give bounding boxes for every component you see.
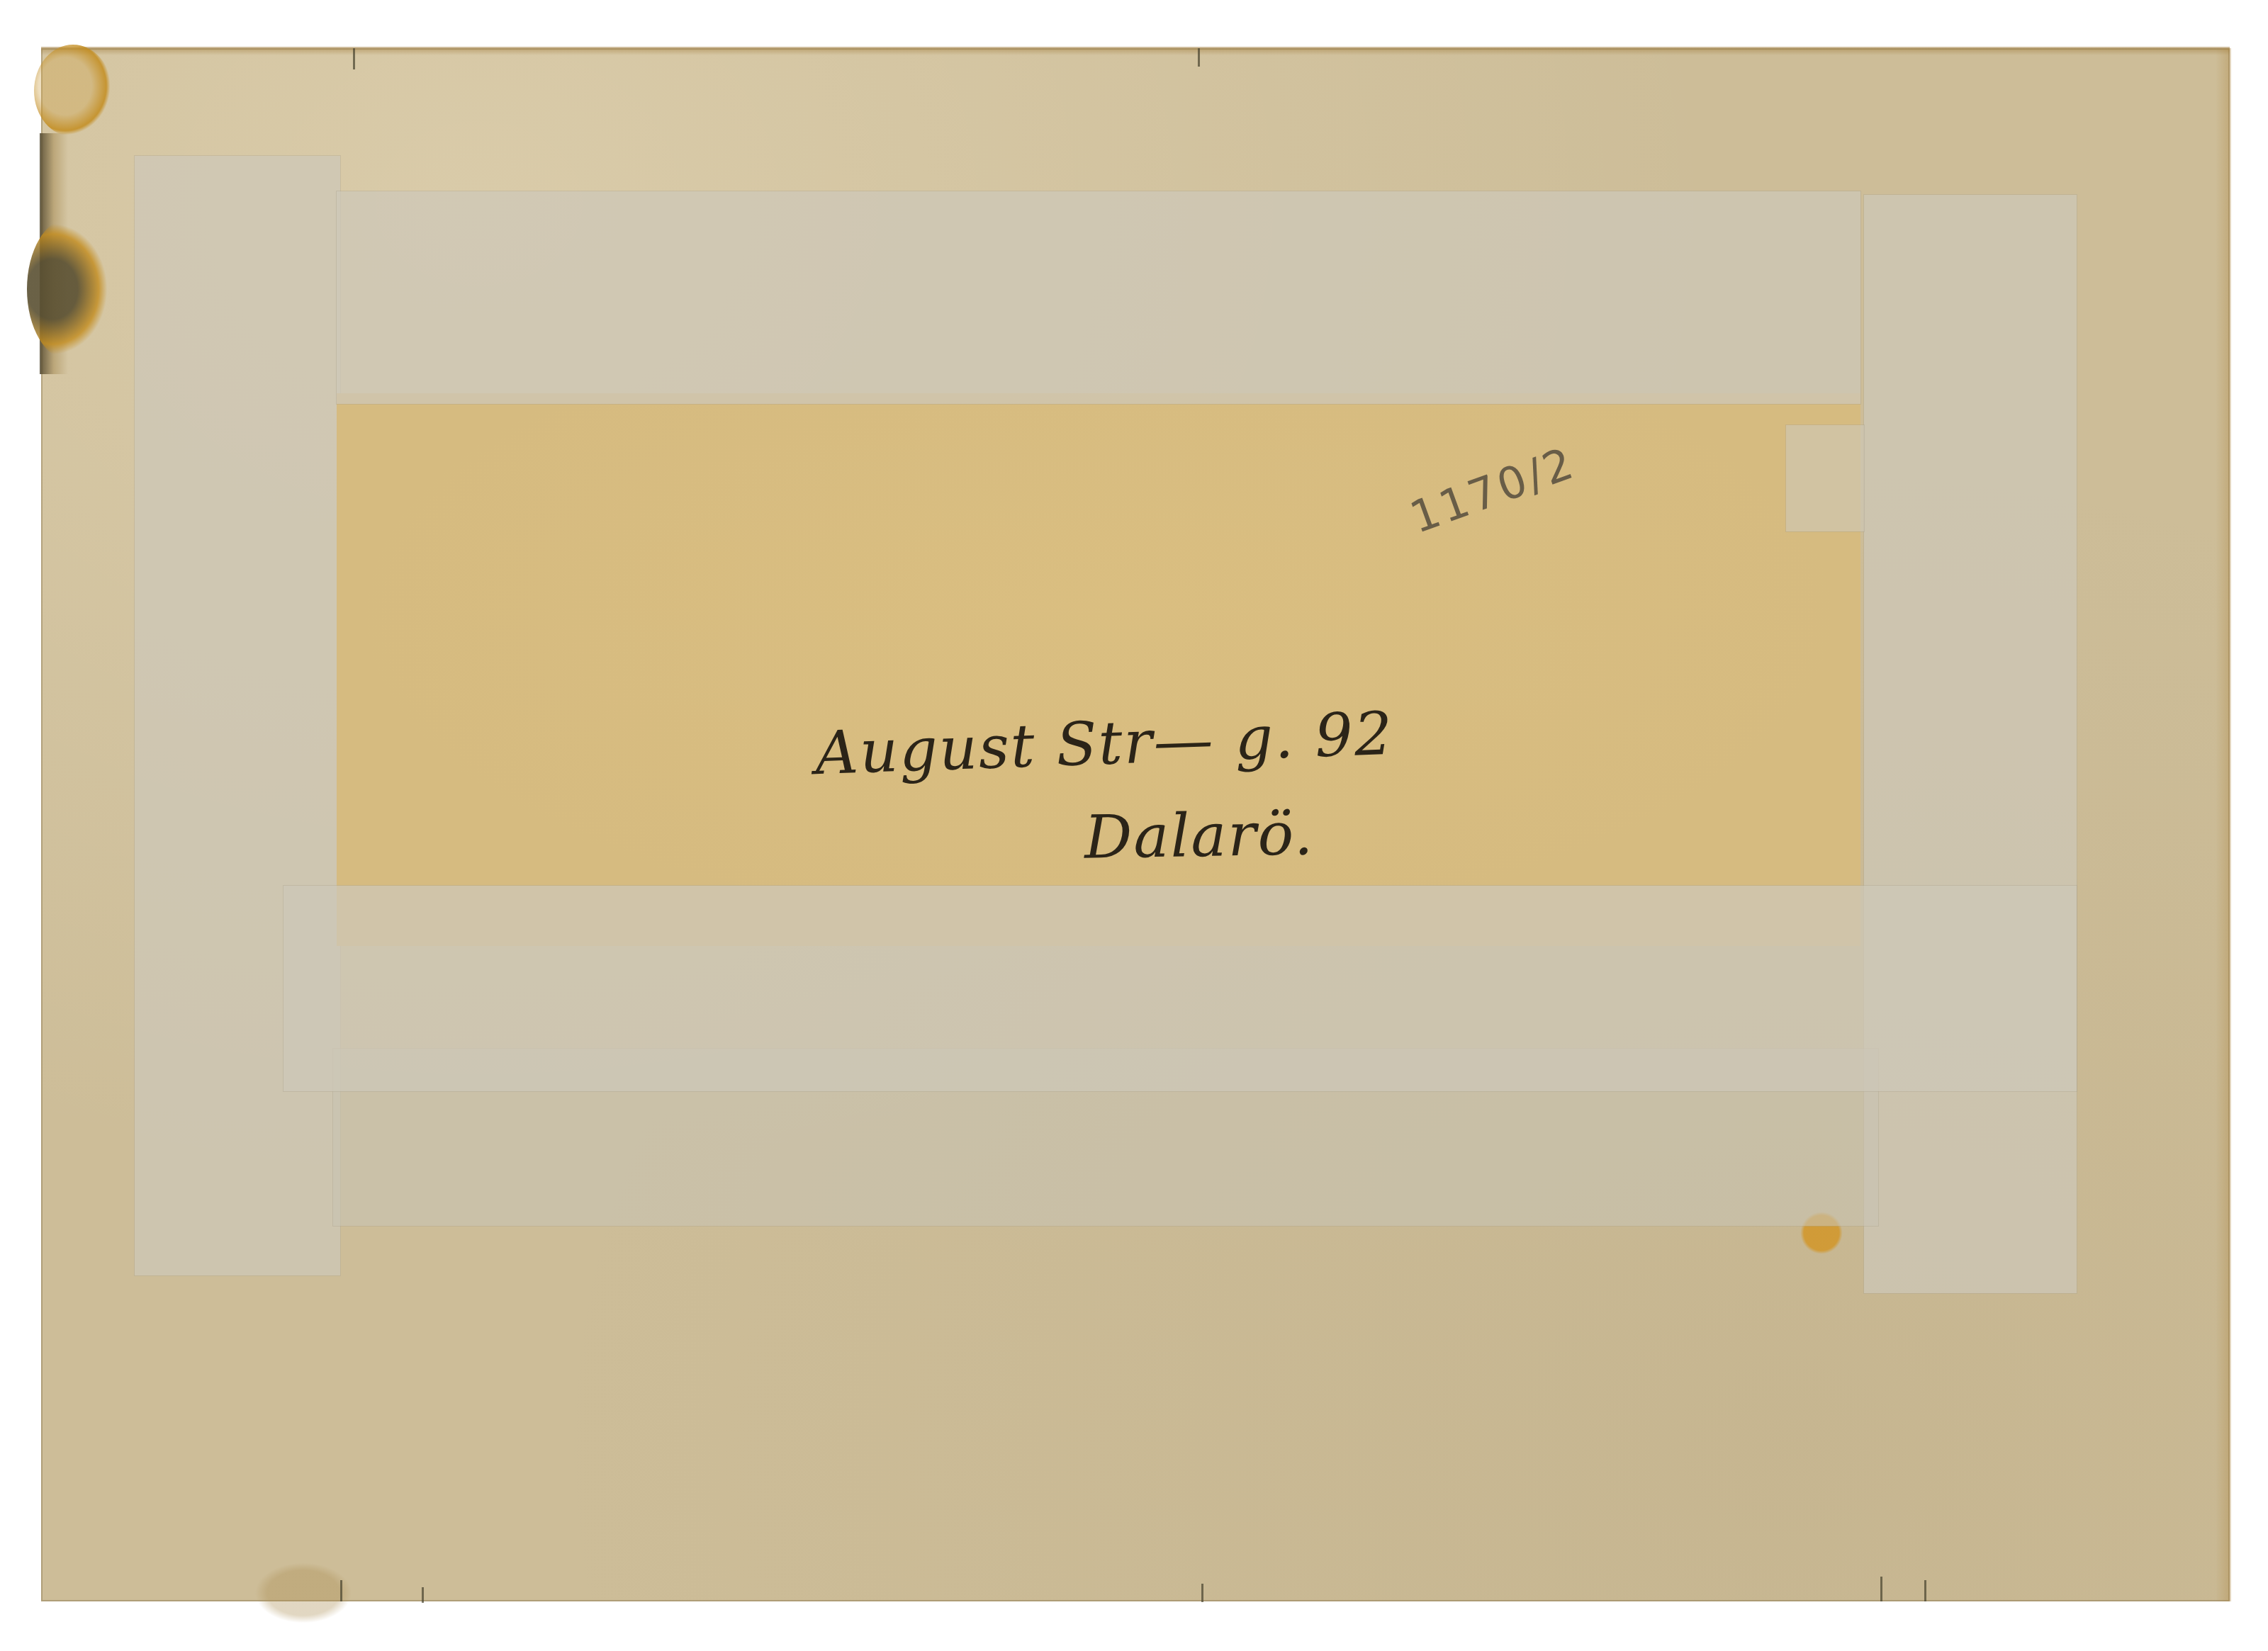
edge-tick-mark	[422, 1587, 424, 1603]
hinge-tape-flap	[1786, 425, 1864, 531]
hinge-tape-bottom	[283, 886, 2077, 1091]
edge-tick-mark	[1201, 1584, 1203, 1602]
edge-tick-mark	[1880, 1577, 1882, 1601]
top-edge-stain	[41, 47, 2230, 55]
edge-tick-mark	[1924, 1580, 1926, 1601]
edge-tick-mark	[353, 48, 355, 69]
inscription-place: Dalarö.	[1084, 799, 1315, 872]
top-left-water-stain	[34, 45, 112, 137]
hinge-tape-left	[135, 156, 340, 1275]
hinge-tape-right	[1864, 195, 2077, 1293]
right-edge-stain	[2216, 48, 2231, 1601]
edge-tick-mark	[1198, 48, 1200, 67]
bottom-left-stain	[247, 1557, 360, 1628]
edge-tick-mark	[340, 1580, 342, 1601]
hinge-tape-top	[337, 191, 1860, 404]
left-water-stain	[27, 218, 112, 360]
